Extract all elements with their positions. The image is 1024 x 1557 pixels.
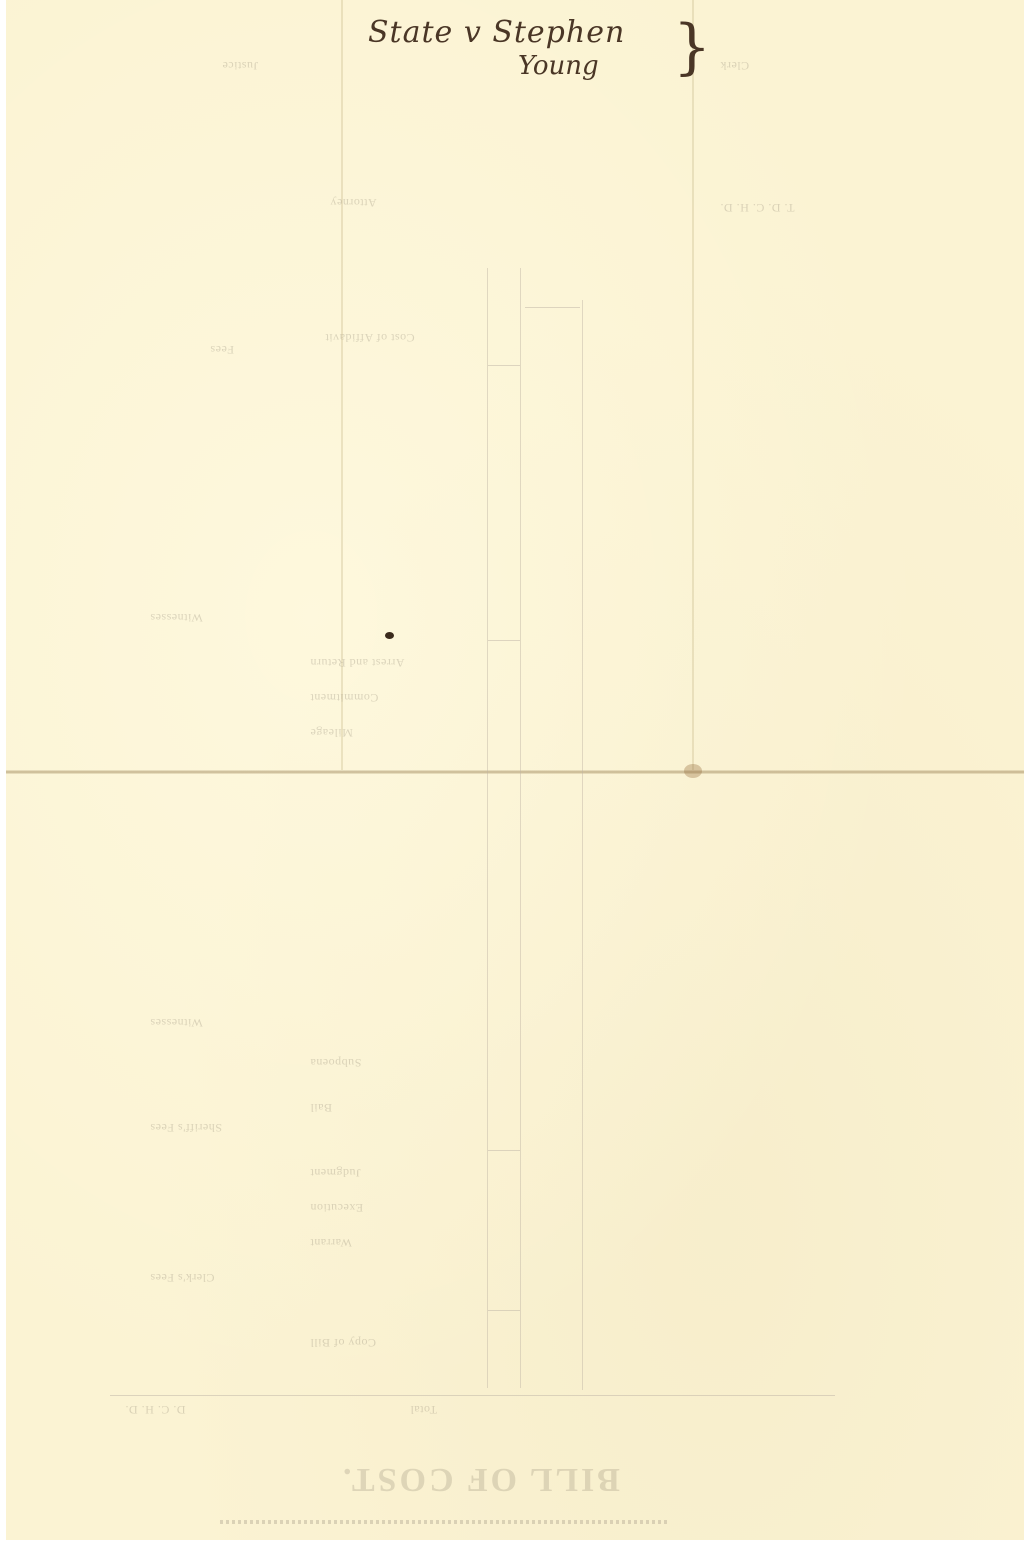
bleed-label-justice: Justice [222, 58, 258, 73]
ink-blot [385, 632, 394, 639]
bleed-item: Mileage [310, 725, 353, 740]
bleed-label-fees: Fees [210, 342, 234, 357]
bleed-ornamental-rule [220, 1520, 670, 1524]
bleed-label-clerk-fees: Clerk's Fees [150, 1270, 215, 1285]
form-column-line [520, 268, 521, 1388]
docket-defendant-surname: Young [518, 51, 599, 81]
form-column-line [582, 300, 583, 1390]
form-row-line [488, 640, 520, 641]
bleed-footer-total: Total [410, 1402, 437, 1417]
bleed-item: Judgment [310, 1165, 361, 1180]
form-row-line [488, 365, 520, 366]
bleed-label-sheriff: Sheriff's Fees [150, 1120, 222, 1135]
form-row-line [488, 1310, 520, 1311]
bleed-title-bill-of-cost: BILL OF COST. [340, 1460, 620, 1498]
bleed-item: Execution [310, 1200, 363, 1215]
form-total-rule [110, 1395, 835, 1396]
bleed-footer-label: D. C. H. D. [125, 1402, 186, 1417]
bleed-item: Warrant [310, 1235, 352, 1250]
bleed-label-attorney: Attorney [330, 195, 377, 210]
bleed-item: Bail [310, 1100, 332, 1115]
bleed-footer-label: T. D. C. H. D. [720, 200, 794, 215]
bleed-item: Arrest and Return [310, 655, 404, 670]
bleed-item: Copy of Bill [310, 1335, 376, 1350]
vertical-fold-right [692, 0, 694, 770]
bleed-item: Commitment [310, 690, 378, 705]
bleed-label-clerk: Clerk [720, 58, 749, 73]
bleed-item: Subpoena [310, 1055, 361, 1070]
form-row-line [488, 1150, 520, 1151]
fold-stain [684, 764, 702, 778]
form-row-line [525, 307, 580, 308]
docket-case-title: State v Stephen [368, 15, 625, 50]
brace-icon: } [673, 17, 711, 77]
form-column-line [487, 268, 488, 1388]
bleed-label-witnesses: Witnesses [150, 610, 203, 625]
horizontal-fold-crease [6, 770, 1024, 774]
bleed-item: Cost of Affidavit [325, 330, 415, 345]
bleed-label-witnesses-2: Witnesses [150, 1015, 203, 1030]
